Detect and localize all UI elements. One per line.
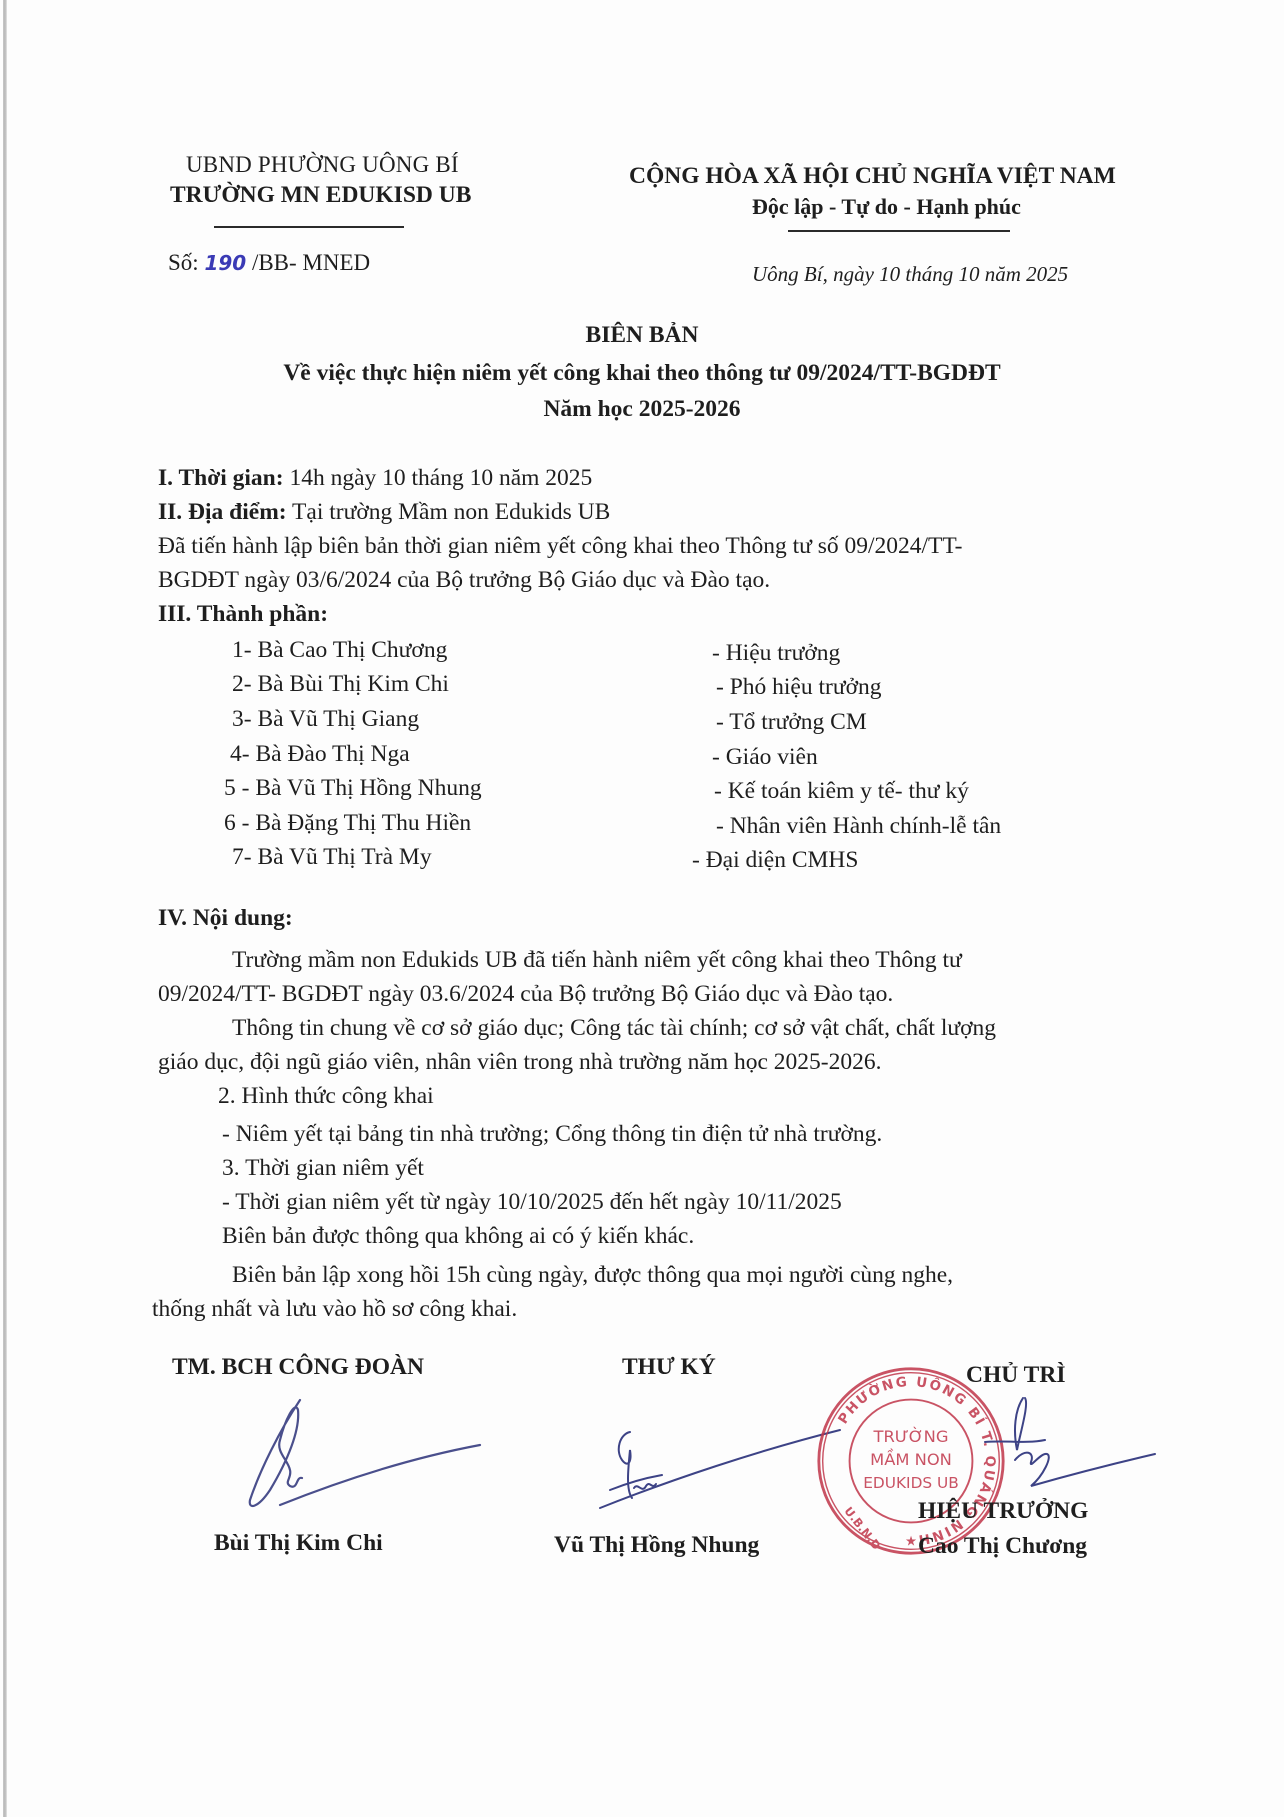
member-role: - Giáo viên [712,744,818,771]
signer-name-secretary: Vũ Thị Hồng Nhung [554,1532,759,1559]
motto: Độc lập - Tự do - Hạnh phúc [752,194,1021,220]
member-role: - Phó hiệu trưởng [716,674,882,701]
org-name: TRƯỜNG MN EDUKISD UB [170,182,471,209]
member-role: - Tổ trưởng CM [716,709,867,736]
content-paragraph: giáo dục, đội ngũ giáo viên, nhân viên t… [158,1049,882,1076]
place-date: Uông Bí, ngày 10 tháng 10 năm 2025 [752,262,1068,287]
doc-number-handwritten: 190 [204,251,246,275]
member-role: - Kế toán kiêm y tế- thư ký [714,778,969,805]
official-seal-stamp: PHƯỜNG UÔNG BÍ T. QUẢNG NINH U.B.N.D TRƯ… [815,1365,1007,1557]
school-year: Năm học 2025-2026 [0,396,1284,423]
content-paragraph: Thông tin chung về cơ sở giáo dục; Công … [232,1015,996,1042]
document-subject: Về việc thực hiện niêm yết công khai the… [0,360,1284,387]
section-time-value: 14h ngày 10 tháng 10 năm 2025 [284,465,593,491]
doc-number-suffix: /BB- MNED [246,250,370,275]
scan-edge [3,0,7,1817]
stamp-center-line: TRƯỜNG [872,1427,948,1446]
signature-union-mark [240,1390,500,1520]
member-name: 3- Bà Vũ Thị Giang [232,706,419,733]
form-item: - Niêm yết tại bảng tin nhà trường; Cổng… [222,1121,882,1148]
section-time: I. Thời gian: 14h ngày 10 tháng 10 năm 2… [158,465,592,492]
intro-line: Đã tiến hành lập biên bản thời gian niêm… [158,533,962,560]
motto-underline [788,230,1010,232]
section-place: II. Địa điểm: Tại trường Mầm non Edukids… [158,499,610,526]
signature-title-union: TM. BCH CÔNG ĐOÀN [172,1354,424,1381]
signer-name-chair: Cao Thị Chương [918,1533,1087,1560]
stamp-center-line: MẦM NON [870,1448,952,1469]
member-name: 7- Bà Vũ Thị Trà My [232,844,432,871]
signature-title-secretary: THƯ KÝ [622,1354,716,1381]
posting-time-heading: 3. Thời gian niêm yết [222,1155,424,1182]
closing-note: Biên bản lập xong hồi 15h cùng ngày, đượ… [232,1262,953,1289]
closing-note: thống nhất và lưu vào hồ sơ công khai. [152,1296,517,1323]
section-members-label: III. Thành phần: [158,601,328,628]
signer-name-union: Bùi Thị Kim Chi [214,1530,383,1557]
content-paragraph: Trường mầm non Edukids UB đã tiến hành n… [232,947,962,974]
section-time-label: I. Thời gian: [158,465,284,491]
org-parent: UBND PHƯỜNG UÔNG BÍ [186,152,459,178]
form-heading: 2. Hình thức công khai [218,1083,434,1110]
star-icon: ★ [905,1534,917,1549]
doc-number: Số: 190 /BB- MNED [168,250,370,276]
member-name: 2- Bà Bùi Thị Kim Chi [232,671,449,698]
nation-heading: CỘNG HÒA XÃ HỘI CHỦ NGHĨA VIỆT NAM [629,163,1116,190]
member-role: - Nhân viên Hành chính-lễ tân [716,813,1001,840]
section-place-label: II. Địa điểm: [158,499,287,525]
document-title: BIÊN BẢN [0,322,1284,349]
member-name: 4- Bà Đào Thị Nga [230,741,410,768]
signer-role-chair: HIỆU TRƯỞNG [918,1498,1088,1525]
member-role: - Hiệu trưởng [712,640,840,667]
org-underline [214,226,404,228]
intro-line: BGDĐT ngày 03/6/2024 của Bộ trưởng Bộ Gi… [158,567,770,594]
posting-time-item: - Thời gian niêm yết từ ngày 10/10/2025 … [222,1189,842,1216]
content-paragraph: 09/2024/TT- BGDĐT ngày 03.6/2024 của Bộ … [158,981,893,1008]
member-name: 5 - Bà Vũ Thị Hồng Nhung [224,775,482,802]
section-content-label: IV. Nội dung: [158,905,293,932]
member-name: 1- Bà Cao Thị Chương [232,637,447,664]
signature-title-chair: CHỦ TRÌ [966,1362,1065,1389]
signature-chair-mark [985,1390,1185,1500]
approval-note: Biên bản được thông qua không ai có ý ki… [222,1223,694,1250]
doc-number-label: Số: [168,250,204,275]
stamp-center-line: EDUKIDS UB [863,1474,959,1492]
member-role: - Đại diện CMHS [692,847,858,874]
section-place-value: Tại trường Mầm non Edukids UB [287,499,611,525]
member-name: 6 - Bà Đặng Thị Thu Hiền [224,810,471,837]
